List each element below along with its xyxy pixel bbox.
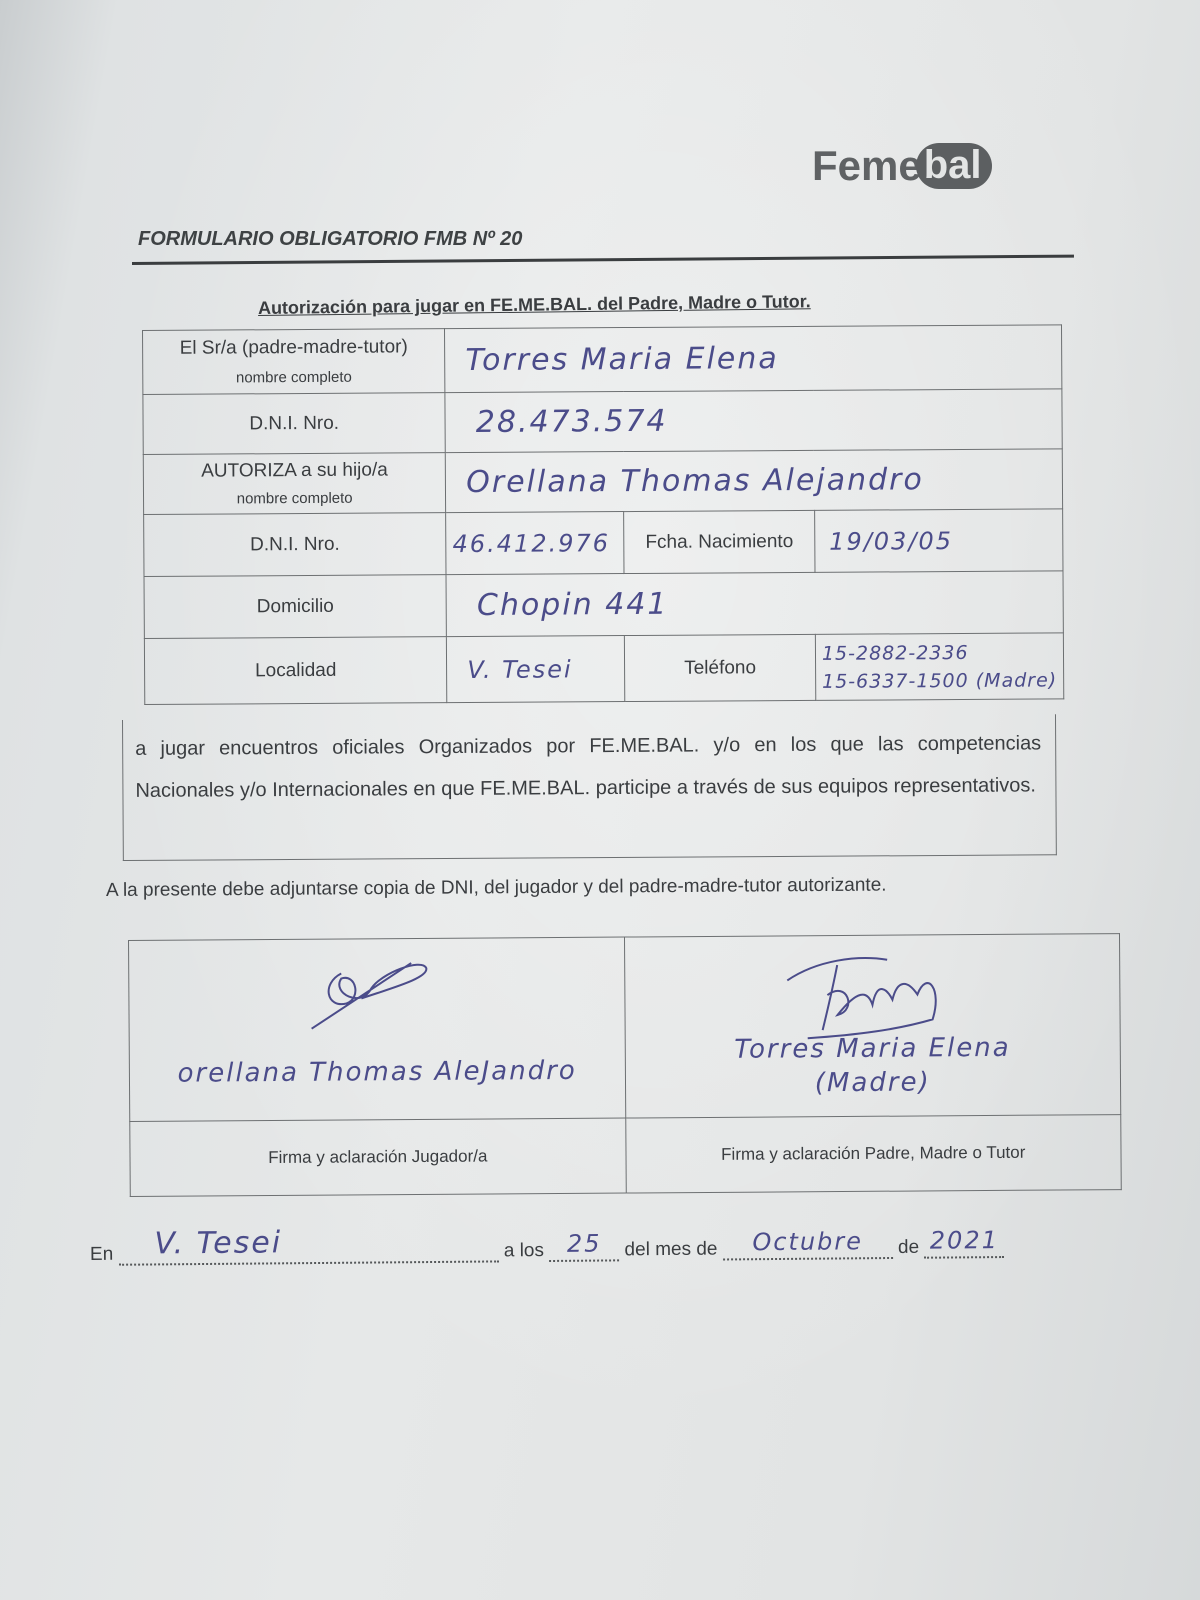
year-field[interactable]: 2021 <box>924 1232 1004 1259</box>
year-prefix: de <box>898 1237 919 1258</box>
caption-row: Firma y aclaración Jugador/a Firma y acl… <box>130 1115 1121 1197</box>
guardian-sublabel: nombre completo <box>149 368 438 387</box>
guardian-dni-value: 28.473.574 <box>476 404 668 440</box>
child-dni-value: 46.412.976 <box>452 529 610 558</box>
authorization-scope-text: a jugar encuentros oficiales Organizados… <box>123 714 1056 812</box>
address-field[interactable]: Chopin 441 <box>446 571 1063 637</box>
guardian-label: El Sr/a (padre-madre-tutor) <box>180 336 408 358</box>
city-label: Localidad <box>144 637 447 705</box>
player-signature-caption: Firma y aclaración Jugador/a <box>130 1118 626 1196</box>
logo-pill: bal <box>916 143 992 189</box>
logo-text: Feme <box>812 142 922 190</box>
player-signature-icon <box>301 953 452 1034</box>
place-prefix: En <box>90 1244 113 1265</box>
address-value: Chopin 441 <box>477 587 669 623</box>
guardian-relation: (Madre) <box>625 1066 1120 1099</box>
phone-label: Teléfono <box>625 634 816 701</box>
guardian-name-value: Torres Maria Elena <box>465 341 778 378</box>
player-printed-name: orellana Thomas AleJandro <box>130 1056 625 1089</box>
guardian-signature-box[interactable]: Torres Maria Elena (Madre) <box>624 934 1121 1118</box>
child-dni-label: D.N.I. Nro. <box>144 513 447 577</box>
child-dni-field[interactable]: 46.412.976 <box>446 512 624 575</box>
signature-row: orellana Thomas AleJandro Torres Maria E… <box>129 934 1121 1122</box>
child-name-value: Orellana Thomas Alejandro <box>466 462 924 500</box>
birth-date-field[interactable]: 19/03/05 <box>815 509 1063 573</box>
femebal-logo: Femebal <box>812 142 992 190</box>
guardian-name-field[interactable]: Torres Maria Elena <box>445 325 1062 393</box>
attachment-notice: A la presente debe adjuntarse copia de D… <box>106 875 887 902</box>
child-name-row: AUTORIZA a su hijo/a nombre completo Ore… <box>143 449 1062 515</box>
birth-date-label: Fcha. Nacimiento <box>624 510 815 573</box>
guardian-dni-label: D.N.I. Nro. <box>143 393 446 455</box>
place-field[interactable]: V. Tesei <box>118 1236 498 1265</box>
city-phone-row: Localidad V. Tesei Teléfono 15-2882-2336… <box>144 633 1063 705</box>
child-label: AUTORIZA a su hijo/a <box>201 460 388 482</box>
guardian-signature-icon <box>777 949 968 1040</box>
phone-2-value: 15-6337-1500 (Madre) <box>822 669 1057 692</box>
player-signature-box[interactable]: orellana Thomas AleJandro <box>129 937 626 1121</box>
place-date-line: En V. Tesei a los 25 del mes de Octubre … <box>90 1231 1070 1266</box>
address-label: Domicilio <box>144 575 447 639</box>
guardian-name-row: El Sr/a (padre-madre-tutor) nombre compl… <box>143 325 1062 395</box>
day-field[interactable]: 25 <box>549 1235 619 1262</box>
month-value: Octubre <box>723 1227 893 1256</box>
city-value: V. Tesei <box>467 655 572 684</box>
guardian-label-cell: El Sr/a (padre-madre-tutor) nombre compl… <box>143 329 446 395</box>
city-field[interactable]: V. Tesei <box>447 636 625 703</box>
phone-1-value: 15-2882-2336 <box>822 641 1057 664</box>
authorization-scope-box: a jugar encuentros oficiales Organizados… <box>122 714 1057 861</box>
form-subtitle: Autorización para jugar en FE.ME.BAL. de… <box>258 291 811 319</box>
day-value: 25 <box>549 1229 619 1258</box>
phone-field[interactable]: 15-2882-2336 15-6337-1500 (Madre) <box>815 633 1063 701</box>
month-field[interactable]: Octubre <box>723 1233 893 1260</box>
form-code-title: FORMULARIO OBLIGATORIO FMB Nº 20 <box>138 228 522 251</box>
child-dni-row: D.N.I. Nro. 46.412.976 Fcha. Nacimiento … <box>144 509 1063 577</box>
guardian-dni-row: D.N.I. Nro. 28.473.574 <box>143 389 1062 455</box>
day-prefix: a los <box>504 1240 544 1261</box>
child-label-cell: AUTORIZA a su hijo/a nombre completo <box>143 453 446 515</box>
year-value: 2021 <box>924 1226 1004 1255</box>
child-name-field[interactable]: Orellana Thomas Alejandro <box>446 449 1063 513</box>
guardian-printed-name: Torres Maria Elena <box>625 1032 1120 1065</box>
month-prefix: del mes de <box>624 1239 717 1261</box>
birth-date-value: 19/03/05 <box>829 527 953 556</box>
address-row: Domicilio Chopin 441 <box>144 571 1063 639</box>
signature-table: orellana Thomas AleJandro Torres Maria E… <box>128 933 1122 1197</box>
authorization-fields-table: El Sr/a (padre-madre-tutor) nombre compl… <box>142 324 1064 705</box>
guardian-signature-caption: Firma y aclaración Padre, Madre o Tutor <box>625 1115 1121 1193</box>
header-divider <box>132 255 1074 265</box>
guardian-dni-field[interactable]: 28.473.574 <box>445 389 1062 453</box>
child-sublabel: nombre completo <box>150 489 439 508</box>
place-value: V. Tesei <box>118 1223 498 1261</box>
